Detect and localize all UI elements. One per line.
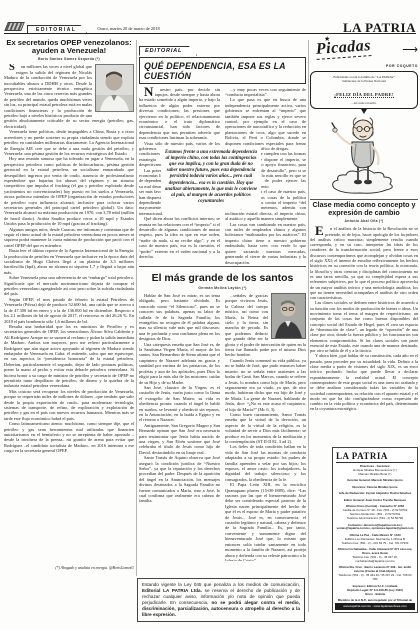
column-rule-left bbox=[136, 40, 137, 576]
santos-column-2: ...señales de gracias porque vivieron Je… bbox=[225, 293, 306, 561]
legal-notice-box: Estando vigente la Ley 045 que penaliza … bbox=[137, 578, 305, 622]
cartoonist-credit: POR COQUETO bbox=[310, 64, 418, 68]
newspaper-editorial-page: EDITORIAL Oruro, martes 20 de marzo de 2… bbox=[0, 0, 420, 630]
article-opep-venezuela: Ex secretarios OPEP venezolanos: ayuden … bbox=[4, 39, 134, 570]
article-body: En el análisis de la historia de la Revo… bbox=[310, 226, 418, 452]
masthead-directory: Directores - Gerentes:Enrique Miralles B… bbox=[336, 465, 414, 611]
cartoon-illustration bbox=[316, 114, 412, 196]
article-paragraphs: Son millones las voces a nivel global qu… bbox=[4, 64, 134, 453]
article-divider bbox=[310, 199, 418, 200]
picadas-logo: Picadas bbox=[315, 37, 371, 60]
right-column: ★ Picadas ⟶ POR COQUETO Felicidades a to… bbox=[310, 39, 418, 452]
editorial-title: QUÉ DEPENDENCIA, ESA ES LA CUESTIÓN bbox=[139, 57, 306, 84]
arrow-icon: ⟶ bbox=[402, 43, 418, 56]
page-header: EDITORIAL Oruro, martes 20 de marzo de 2… bbox=[4, 20, 416, 34]
column-rule-right bbox=[308, 40, 309, 612]
masthead-brand: LA PATRIA bbox=[336, 451, 414, 463]
legal-notice-text: Estando vigente la Ley 045 que penaliza … bbox=[142, 582, 300, 617]
article-body: Hablar de San José es mirar, es un tema … bbox=[139, 293, 306, 561]
editorial-body: Nuestro país, por decirlo sin tapujos, d… bbox=[139, 87, 306, 278]
santos-column-1: Hablar de San José es mirar, es un tema … bbox=[139, 293, 220, 561]
article-title: Ex secretarios OPEP venezolanos: ayuden … bbox=[4, 39, 134, 55]
masthead-box: LA PATRIA Directores - Gerentes:Enrique … bbox=[332, 447, 418, 613]
editorial-section: EDITORIAL QUÉ DEPENDENCIA, ESA ES LA CUE… bbox=[139, 39, 306, 278]
article-body: Son millones las voces a nivel global qu… bbox=[4, 64, 134, 564]
section-tab: EDITORIAL bbox=[27, 25, 87, 34]
article-footnote: (*) Abogado y analista en energía. @Bori… bbox=[4, 566, 134, 570]
masthead-websites: www.lapatria.com.bo - www.lapatriaenline… bbox=[335, 603, 415, 610]
editorial-pull-quote: Estamos frente a una extremada dependenc… bbox=[161, 146, 261, 210]
edition-date: Oruro, martes 20 de marzo de 2018 bbox=[97, 26, 159, 31]
article-byline: Antonio Abal Oña (*) bbox=[310, 219, 418, 223]
article-santos: El más grande de los santos Germán Molin… bbox=[139, 271, 306, 561]
columnist-photo bbox=[271, 293, 306, 339]
newspaper-brand: LA PATRIA bbox=[343, 22, 416, 33]
article-byline: Boris Santos Gómez Úzqueda (*) bbox=[4, 57, 134, 61]
page-marker-icon bbox=[4, 22, 25, 31]
article-title: El más grande de los santos bbox=[139, 272, 306, 284]
author-photo bbox=[95, 64, 134, 112]
picadas-cartoon-header: ★ Picadas ⟶ bbox=[310, 39, 418, 63]
editorial-tab: EDITORIAL bbox=[139, 46, 197, 56]
speech-bubble: Felicidades a toda la familia de “LA PAT… bbox=[310, 71, 418, 109]
section-divider bbox=[139, 266, 306, 267]
article-byline: Germán Molina Laytón (*) bbox=[139, 286, 306, 290]
article-title: Clase media como concepto y expresión de… bbox=[310, 201, 418, 217]
